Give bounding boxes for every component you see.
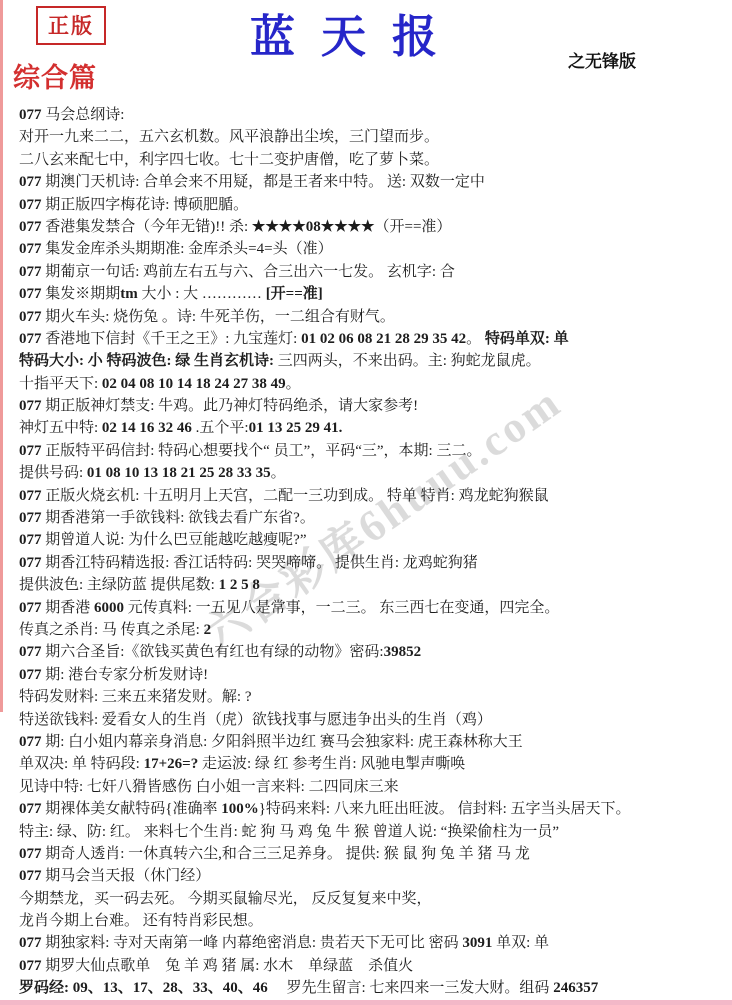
text-line: 特码发财料: 三来五来猪发财。解: ? <box>19 686 726 708</box>
text-segment: 期奇人透肖: 一休真转六尘,和合三三足养身。 提供: 猴 鼠 狗 兔 羊 猪 马… <box>42 846 530 862</box>
text-segment: 正版特平码信封: 特码心想要找个“ 员工”，平码“三”，本期: 三二。 <box>42 443 482 459</box>
text-segment: 集发金库杀头期期准: 金库杀头=4=头（准） <box>42 241 333 257</box>
text-segment: 077 <box>19 667 42 683</box>
text-line: 077 马会总纲诗: <box>19 104 726 126</box>
left-border-rule <box>0 0 3 712</box>
text-line: 十指平天下: 02 04 08 10 14 18 24 27 38 49。 <box>19 373 726 395</box>
text-segment: 集发※期期 <box>42 286 121 302</box>
text-line: 077 期正版四字梅花诗: 博硕肥腯。 <box>19 194 726 216</box>
text-segment: 单双: 单 <box>492 935 549 951</box>
text-segment: 077 <box>19 398 42 414</box>
text-segment: 2 <box>204 622 212 638</box>
text-segment: 期香江特码精选报: 香江话特码: 哭哭啼啼。 提供生肖: 龙鸡蛇狗猪 <box>42 555 478 571</box>
text-segment: 传真之杀肖: 马 传真之杀尾: <box>19 622 204 638</box>
text-line: 077 集发※期期tm 大小 : 大 ………… [开==准] <box>19 283 726 305</box>
text-line: 077 期香港 6000 元传真料: 一五见八是常事，一二三。 东三西七在变通，… <box>19 597 726 619</box>
text-segment: 马会总纲诗: <box>42 107 125 123</box>
text-segment: 提供号码: <box>19 465 87 481</box>
text-segment: （开==准） <box>374 219 451 235</box>
text-segment: 1 2 5 8 <box>219 577 260 593</box>
text-line: 077 集发金库杀头期期准: 金库杀头=4=头（准） <box>19 238 726 260</box>
text-line: 077 期火车头: 烧伤兔 。诗: 牛死羊伤，一二组合有财气。 <box>19 306 726 328</box>
text-line: 077 正版火烧玄机: 十五明月上天宫，二配一三功到成。 特单 特肖: 鸡龙蛇狗… <box>19 485 726 507</box>
text-segment: 077 <box>19 241 42 257</box>
text-line: 传真之杀肖: 马 传真之杀尾: 2 <box>19 619 726 641</box>
text-segment: 元传真料: 一五见八是常事，一二三。 东三西七在变通，四完全。 <box>124 600 559 616</box>
text-segment: 077 <box>19 443 42 459</box>
text-segment: 077 <box>19 331 42 347</box>
text-segment: 特主: 绿、防: 红。 来料七个生肖: 蛇 狗 马 鸡 兔 牛 猴 曾道人说: … <box>19 824 559 840</box>
text-line: 特主: 绿、防: 红。 来料七个生肖: 蛇 狗 马 鸡 兔 牛 猴 曾道人说: … <box>19 821 726 843</box>
section-title: 综合篇 <box>13 56 97 95</box>
text-segment: 09、13、17、28、33、40、46 <box>73 980 268 996</box>
text-segment: 077 <box>19 309 42 325</box>
text-line: 提供号码: 01 08 10 13 18 21 25 28 33 35。 <box>19 462 726 484</box>
text-segment: 香港集发禁合（今年无错)!! 杀: <box>42 219 252 235</box>
text-segment: ★★★★08★★★★ <box>252 219 375 235</box>
text-segment: [开==准] <box>266 286 323 302</box>
text-segment: 01 02 06 08 21 28 29 35 42 <box>301 331 466 347</box>
text-segment: 077 <box>19 488 42 504</box>
text-segment: 077 <box>19 219 42 235</box>
text-line: 二八玄来配七中，利字四七收。七十二变护唐僧，吃了萝卜菜。 <box>19 149 726 171</box>
text-segment: 期裸体美女献特码{准确率 <box>42 801 222 817</box>
text-line: 077 期正版神灯禁支: 牛鸡。此乃神灯特码绝杀，请大家参考! <box>19 395 726 417</box>
text-segment: 077 <box>19 868 42 884</box>
text-segment: 期澳门天机诗: 合单会来不用疑，都是王者来中特。 送: 双数一定中 <box>42 174 485 190</box>
text-line: 077 期曾道人说: 为什么巴豆能越吃越瘦呢?” <box>19 529 726 551</box>
text-segment: 077 <box>19 286 42 302</box>
text-line: 077 期独家料: 寺对天南第一峰 内幕绝密消息: 贵若天下无可比 密码 309… <box>19 932 726 954</box>
text-segment: 特码大小: 小 特码波色: 绿 生肖玄机诗: <box>19 353 278 369</box>
text-segment: 二八玄来配七中，利字四七收。七十二变护唐僧，吃了萝卜菜。 <box>19 152 439 168</box>
text-segment: 罗码经: <box>19 980 73 996</box>
text-segment: 期葡京一句话: 鸡前左右五与六、合三出六一七发。 玄机字: 合 <box>42 264 455 280</box>
text-line: 077 期六合圣旨:《欲钱买黄色有红也有绿的动物》密码:39852 <box>19 641 726 663</box>
text-segment: 。 <box>466 331 485 347</box>
page-title: 蓝天报 <box>250 0 463 65</box>
text-segment: 期: 港台专家分析发财诗! <box>42 667 209 683</box>
text-segment: 077 <box>19 197 42 213</box>
text-segment: 特码单双: 单 <box>485 331 569 347</box>
text-segment: .五个平: <box>192 420 249 436</box>
text-segment: 龙肖今期上台难。 还有特肖彩民想。 <box>19 913 263 929</box>
text-line: 特码大小: 小 特码波色: 绿 生肖玄机诗: 三四两头，不来出码。主: 狗蛇龙鼠… <box>19 350 726 372</box>
text-segment: }特码来料: 八来九旺出旺波。 信封料: 五字当头居天下。 <box>259 801 631 817</box>
text-segment: 期火车头: 烧伤兔 。诗: 牛死羊伤，一二组合有财气。 <box>42 309 395 325</box>
text-segment: 246357 <box>553 980 598 996</box>
text-line: 077 期澳门天机诗: 合单会来不用疑，都是王者来中特。 送: 双数一定中 <box>19 171 726 193</box>
text-segment: 077 <box>19 532 42 548</box>
text-segment: 01 13 25 29 41. <box>249 420 343 436</box>
text-segment: 走运波: 绿 红 参考生肖: 风驰电掣声嘶唤 <box>198 756 465 772</box>
text-line: 见诗中特: 七奸八猾皆感伤 白小姐一言来料: 二四同床三来 <box>19 776 726 798</box>
edition-label: 之无锋版 <box>568 47 636 72</box>
text-line: 077 期罗大仙点歌单 兔 羊 鸡 猪 属: 水木 单绿蓝 杀值火 <box>19 955 726 977</box>
text-segment: 077 <box>19 801 42 817</box>
text-segment: 见诗中特: 七奸八猾皆感伤 白小姐一言来料: 二四同床三来 <box>19 779 399 795</box>
text-segment: 3091 <box>462 935 492 951</box>
newspaper-page: { "colors":{ "title_blue":"#2626c9", "re… <box>0 0 732 1005</box>
text-segment: 02 04 08 10 14 18 24 27 38 49 <box>102 376 286 392</box>
text-segment: 077 <box>19 600 42 616</box>
text-segment: 期正版神灯禁支: 牛鸡。此乃神灯特码绝杀，请大家参考! <box>42 398 419 414</box>
text-segment: 香港地下信封《千王之王》: 九宝莲灯: <box>42 331 302 347</box>
content-lines: 077 马会总纲诗:对开一九来二二，五六玄机数。风平浪静出尘埃，三门望而步。二八… <box>19 104 726 1000</box>
text-line: 特送欲钱料: 爱看女人的生肖（虎）欲钱找事与愿违争出头的生肖（鸡） <box>19 709 726 731</box>
text-segment: 大小 : 大 ………… <box>138 286 266 302</box>
text-line: 龙肖今期上台难。 还有特肖彩民想。 <box>19 910 726 932</box>
text-segment: 特码发财料: 三来五来猪发财。解: ? <box>19 689 252 705</box>
text-segment: 期独家料: 寺对天南第一峰 内幕绝密消息: 贵若天下无可比 密码 <box>42 935 463 951</box>
text-segment: 期: 白小姐内幕亲身消息: 夕阳斜照半边红 赛马会独家料: 虎王森林称大王 <box>42 734 523 750</box>
text-segment: tm <box>120 286 138 302</box>
text-segment: 6000 <box>94 600 124 616</box>
text-line: 077 期: 白小姐内幕亲身消息: 夕阳斜照半边红 赛马会独家料: 虎王森林称大… <box>19 731 726 753</box>
text-segment: 期正版四字梅花诗: 博硕肥腯。 <box>42 197 249 213</box>
text-line: 神灯五中特: 02 14 16 32 46 .五个平:01 13 25 29 4… <box>19 417 726 439</box>
text-line: 提供波色: 主绿防蓝 提供尾数: 1 2 5 8 <box>19 574 726 596</box>
text-segment: 特送欲钱料: 爱看女人的生肖（虎）欲钱找事与愿违争出头的生肖（鸡） <box>19 712 492 728</box>
text-segment: 02 14 16 32 46 <box>102 420 192 436</box>
text-segment: 正版火烧玄机: 十五明月上天宫，二配一三功到成。 特单 特肖: 鸡龙蛇狗猴鼠 <box>42 488 549 504</box>
bottom-border-rule <box>0 1000 732 1005</box>
text-segment: 期香港 <box>42 600 95 616</box>
text-segment: 期马会当天报（休门经） <box>42 868 211 884</box>
text-line: 单双决: 单 特码段: 17+26=? 走运波: 绿 红 参考生肖: 风驰电掣声… <box>19 753 726 775</box>
text-line: 罗码经: 09、13、17、28、33、40、46 罗先生留言: 七来四来一三发… <box>19 977 726 999</box>
text-line: 077 期: 港台专家分析发财诗! <box>19 664 726 686</box>
text-line: 077 期裸体美女献特码{准确率 100%}特码来料: 八来九旺出旺波。 信封料… <box>19 798 726 820</box>
text-segment: 077 <box>19 555 42 571</box>
text-segment: 期香港第一手欲钱料: 欲钱去看广东省?。 <box>42 510 315 526</box>
text-segment: 期曾道人说: 为什么巴豆能越吃越瘦呢?” <box>42 532 307 548</box>
text-segment: 077 <box>19 264 42 280</box>
text-line: 077 香港地下信封《千王之王》: 九宝莲灯: 01 02 06 08 21 2… <box>19 328 726 350</box>
text-line: 077 期香江特码精选报: 香江话特码: 哭哭啼啼。 提供生肖: 龙鸡蛇狗猪 <box>19 552 726 574</box>
text-segment: 01 08 10 13 18 21 25 28 33 35 <box>87 465 271 481</box>
text-segment: 077 <box>19 734 42 750</box>
text-segment: 单双决: 单 特码段: <box>19 756 144 772</box>
text-segment: 100% <box>221 801 259 817</box>
text-line: 077 期香港第一手欲钱料: 欲钱去看广东省?。 <box>19 507 726 529</box>
text-segment: 077 <box>19 846 42 862</box>
text-line: 077 香港集发禁合（今年无错)!! 杀: ★★★★08★★★★（开==准） <box>19 216 726 238</box>
text-segment: 提供波色: 主绿防蓝 提供尾数: <box>19 577 219 593</box>
text-segment: 077 <box>19 174 42 190</box>
text-segment: 期罗大仙点歌单 兔 羊 鸡 猪 属: 水木 单绿蓝 杀值火 <box>42 958 414 974</box>
text-line: 今期禁龙，买一码去死。 今期买鼠输尽光， 反反复复来中奖， <box>19 888 726 910</box>
text-segment: 077 <box>19 958 42 974</box>
text-line: 077 正版特平码信封: 特码心想要找个“ 员工”，平码“三”，本期: 三二。 <box>19 440 726 462</box>
text-line: 对开一九来二二，五六玄机数。风平浪静出尘埃，三门望而步。 <box>19 126 726 148</box>
text-segment: 十指平天下: <box>19 376 102 392</box>
text-segment: 39852 <box>384 644 422 660</box>
text-segment: 三四两头，不来出码。主: 狗蛇龙鼠虎。 <box>278 353 541 369</box>
text-line: 077 期葡京一句话: 鸡前左右五与六、合三出六一七发。 玄机字: 合 <box>19 261 726 283</box>
text-segment: 期六合圣旨:《欲钱买黄色有红也有绿的动物》密码: <box>42 644 384 660</box>
text-line: 077 期奇人透肖: 一休真转六尘,和合三三足养身。 提供: 猴 鼠 狗 兔 羊… <box>19 843 726 865</box>
text-segment: 077 <box>19 644 42 660</box>
text-segment: 077 <box>19 935 42 951</box>
text-line: 077 期马会当天报（休门经） <box>19 865 726 887</box>
text-segment: 077 <box>19 510 42 526</box>
text-segment: 神灯五中特: <box>19 420 102 436</box>
text-segment: 对开一九来二二，五六玄机数。风平浪静出尘埃，三门望而步。 <box>19 129 439 145</box>
text-segment: 17+26=? <box>144 756 199 772</box>
text-segment: 。 <box>271 465 286 481</box>
text-segment: 今期禁龙，买一码去死。 今期买鼠输尽光， 反反复复来中奖， <box>19 891 432 907</box>
text-segment: 罗先生留言: 七来四来一三发大财。组码 <box>268 980 553 996</box>
authenticity-badge: 正版 <box>36 6 106 45</box>
text-segment: 077 <box>19 107 42 123</box>
text-segment: 。 <box>286 376 301 392</box>
